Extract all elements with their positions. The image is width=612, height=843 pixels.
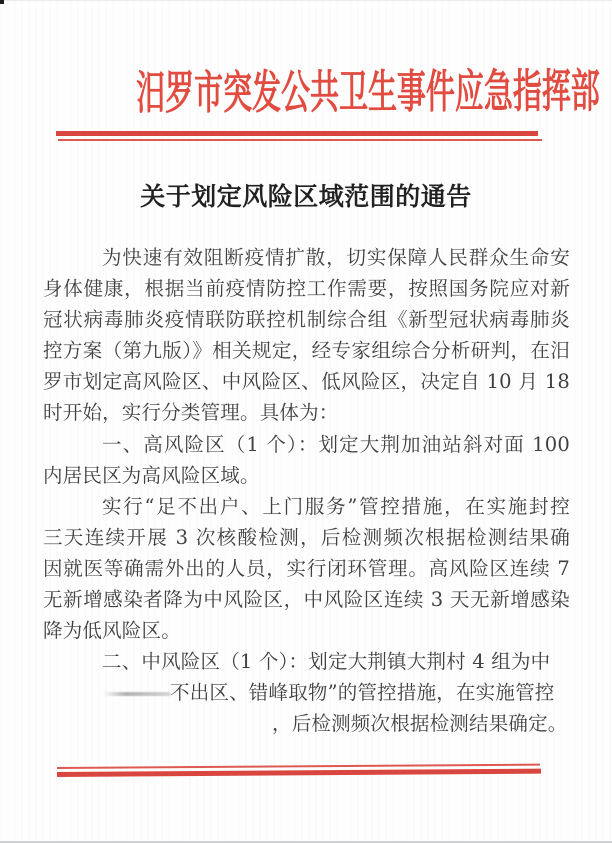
footer-rule-thick [57, 769, 541, 777]
body-line: 控方案（第九版）》相关规定，经专家组综合分析研判，在汨 [43, 335, 570, 366]
body-line: 二、中风险区（1 个）：划定大荆镇大荆村 4 组为中风险区 [43, 646, 570, 677]
body-line: 实行“足不出户、上门服务”管控措施，在实施封控后，前 [43, 491, 570, 522]
body-line: 罗市划定高风险区、中风险区、低风险区，决定自 10 月 18 日 0 [43, 366, 570, 397]
body-line: 降为低风险区。 [43, 615, 570, 646]
document-title: 关于划定风险区域范围的通告 [0, 182, 612, 212]
body-line: 一、高风险区（1 个）：划定大荆加油站斜对面 100 米范围 [43, 429, 570, 460]
scan-corner-artifact [0, 0, 4, 4]
notice-body: 为快速有效阻断疫情扩散，切实保障人民群众生命安全和 身体健康，根据当前疫情防控工… [43, 242, 570, 740]
body-line: 身体健康，根据当前疫情防控工作需要，按照国务院应对新型 [43, 273, 570, 304]
body-line: 内居民区为高风险区域。 [43, 460, 570, 491]
page-sheet: 汨罗市突发公共卫生事件应急指挥部 关于划定风险区域范围的通告 为快速有效阻断疫情… [0, 0, 612, 843]
body-line: 无新增感染者降为中风险区，中风险区连续 3 天无新增感染者， [43, 584, 570, 615]
scan-top-edge [0, 0, 612, 1]
header-rule-thin [58, 139, 542, 141]
body-line: 时开始，实行分类管理。具体为： [43, 397, 570, 428]
body-line-faded-start: ，后检测频次根据检测结果确定。 [43, 708, 570, 739]
scan-smudge [103, 692, 170, 696]
masthead-title: 汨罗市突发公共卫生事件应急指挥部 [0, 65, 612, 120]
body-line: 因就医等确需外出的人员，实行闭环管理。高风险区连续 7 天 [43, 553, 570, 584]
body-line: 三天连续开展 3 次核酸检测，后检测频次根据检测结果确定。 [43, 522, 570, 553]
header-rule-thick [56, 131, 538, 136]
body-line: 冠状病毒肺炎疫情联防联控机制综合组《新型冠状病毒肺炎防 [43, 304, 570, 335]
masthead-title-text: 汨罗市突发公共卫生事件应急指挥部 [136, 65, 600, 119]
body-line: 为快速有效阻断疫情扩散，切实保障人民群众生命安全和 [43, 242, 570, 273]
